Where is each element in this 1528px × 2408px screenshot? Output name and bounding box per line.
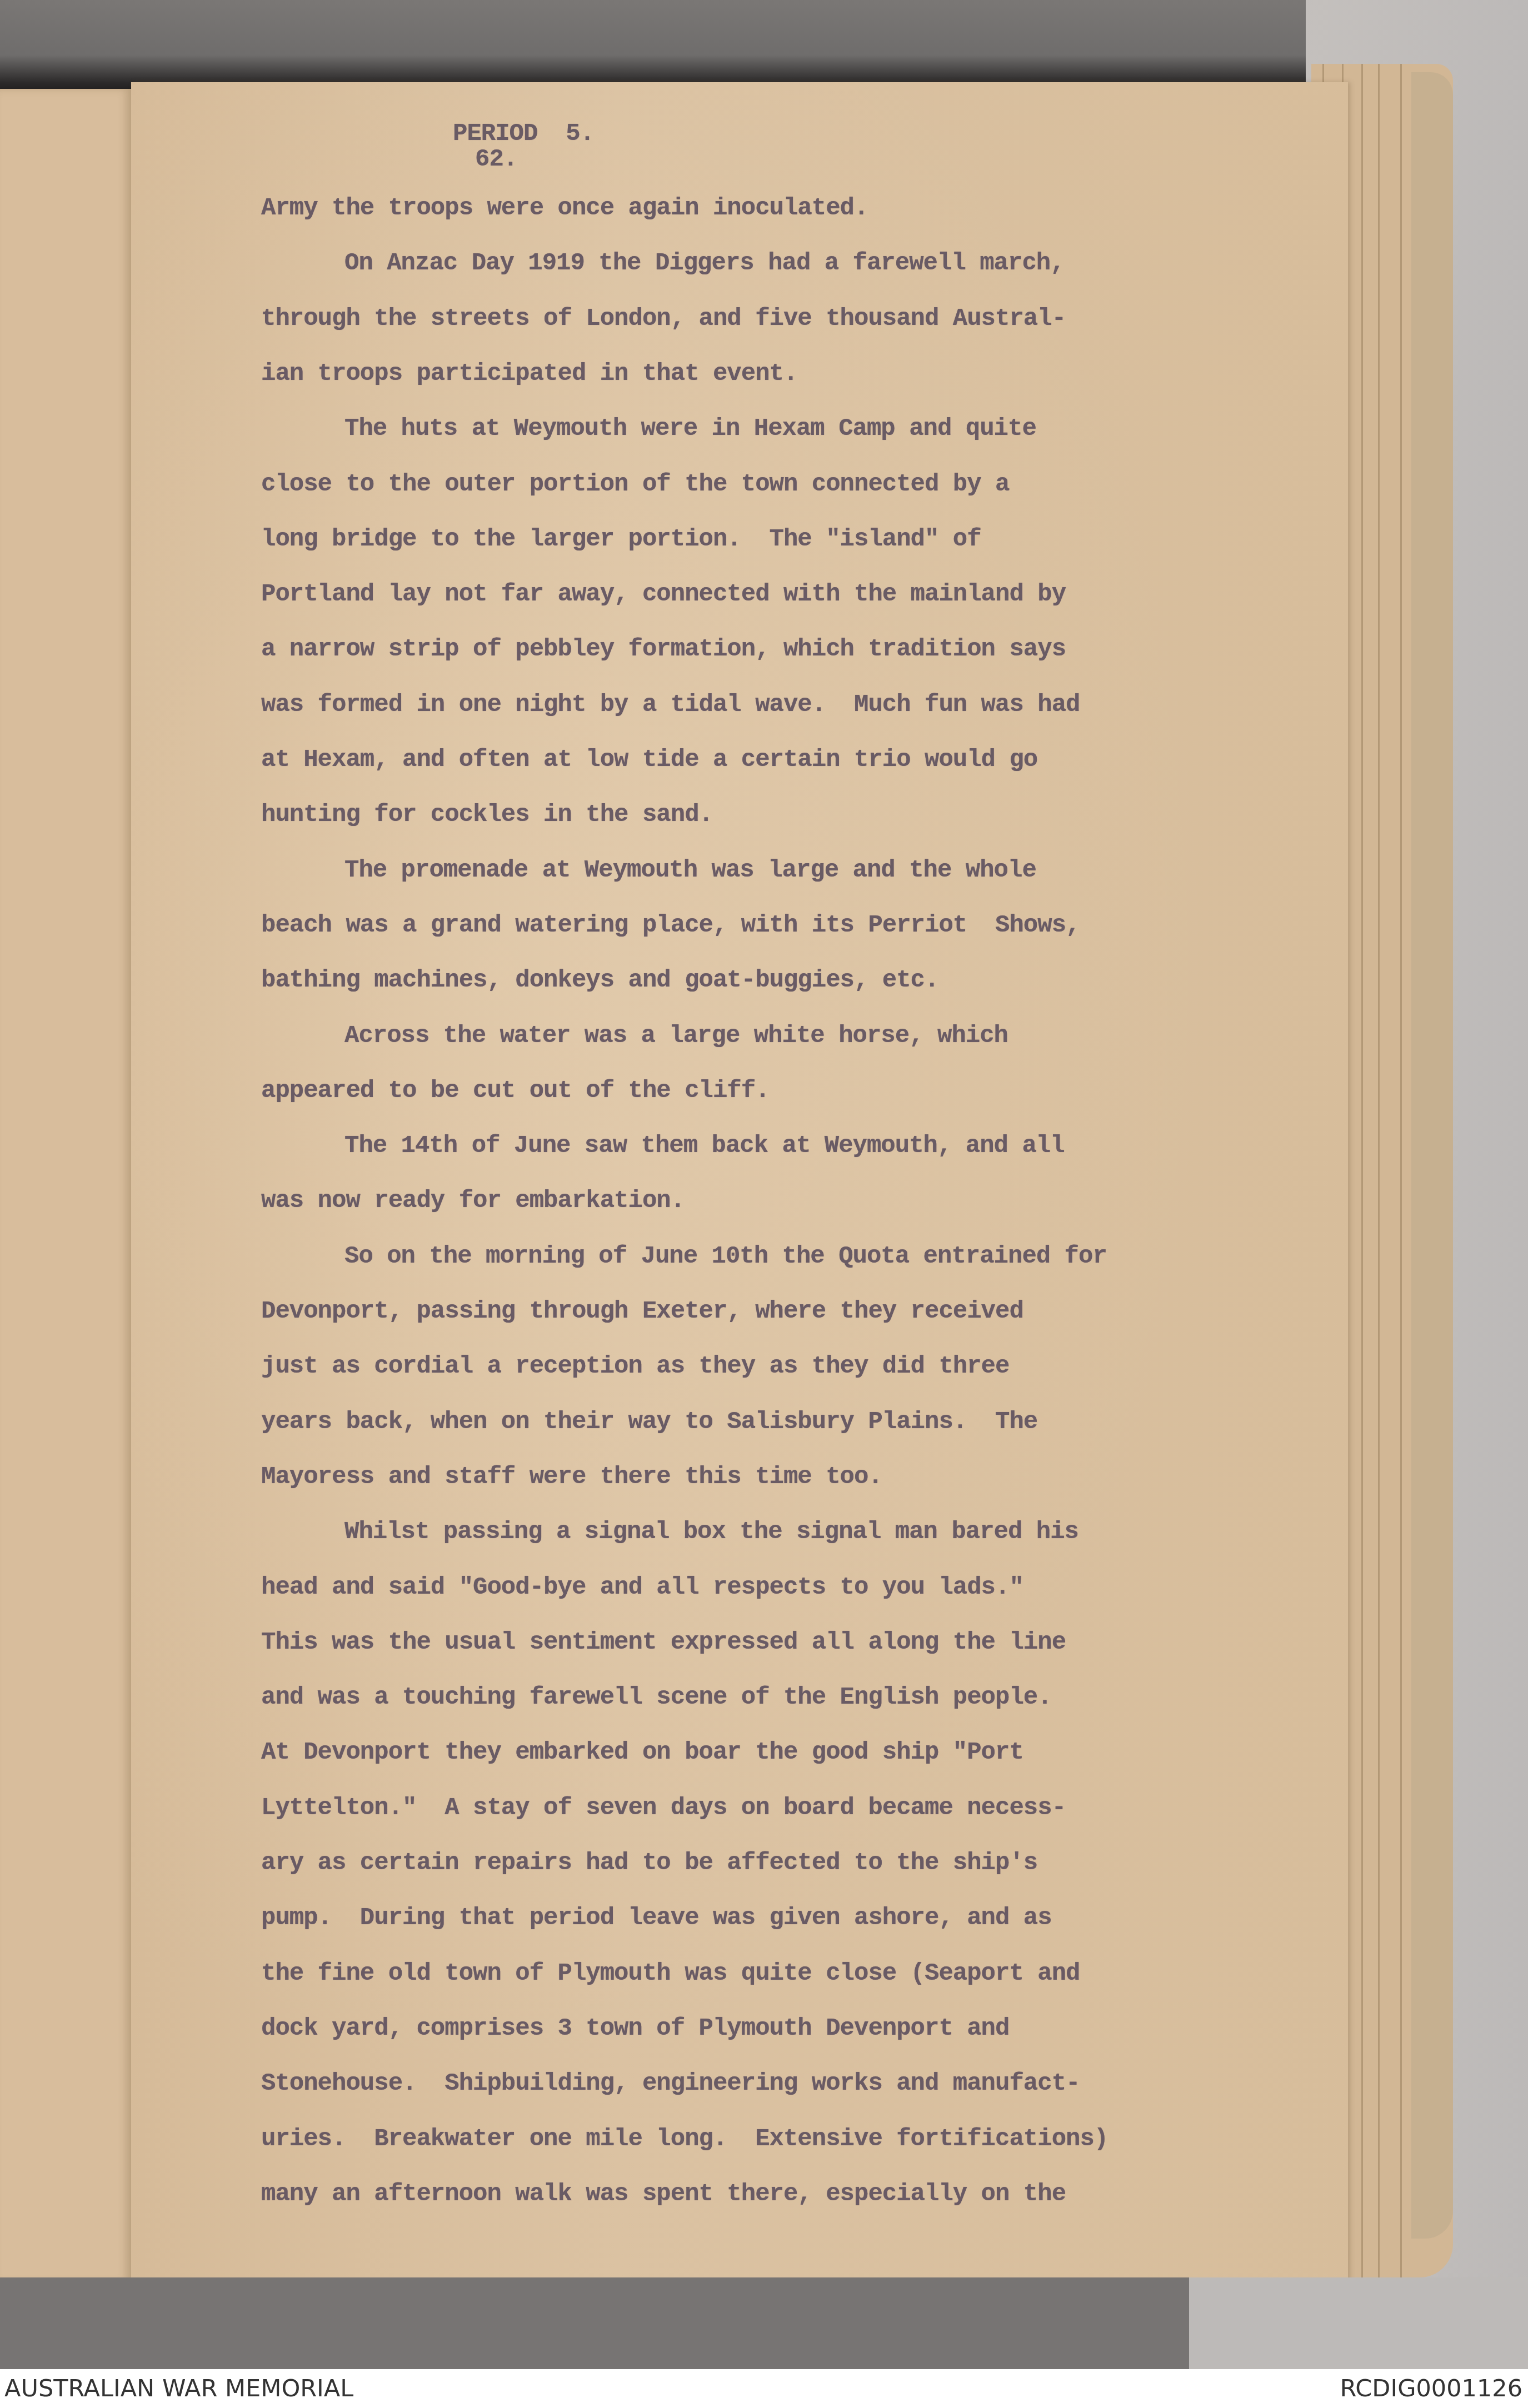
text-line: at Hexam, and often at low tide a certai…: [261, 746, 1037, 774]
scan-background-top: [0, 0, 1528, 92]
text-line: This was the usual sentiment expressed a…: [261, 1629, 1066, 1656]
text-line: beach was a grand watering place, with i…: [261, 912, 1080, 939]
page-edge-line: [1378, 64, 1380, 2277]
text-line: Across the water was a large white horse…: [344, 1022, 1008, 1050]
text-line: ian troops participated in that event.: [261, 360, 797, 388]
book-cover-edge: [1411, 72, 1453, 2239]
text-line: many an afternoon walk was spent there, …: [261, 2180, 1066, 2208]
text-line: pump. During that period leave was given…: [261, 1904, 1052, 1932]
page-edge-line: [1400, 64, 1402, 2277]
text-line: Mayoress and staff were there this time …: [261, 1463, 882, 1491]
page-number: 62.: [475, 146, 517, 173]
text-line: close to the outer portion of the town c…: [261, 470, 1009, 498]
text-line: At Devonport they embarked on boar the g…: [261, 1739, 1023, 1766]
text-line: years back, when on their way to Salisbu…: [261, 1408, 1037, 1436]
text-line: and was a touching farewell scene of the…: [261, 1684, 1052, 1711]
text-line: through the streets of London, and five …: [261, 305, 1066, 333]
text-line: On Anzac Day 1919 the Diggers had a fare…: [344, 249, 1065, 277]
institution-caption: AUSTRALIAN WAR MEMORIAL: [4, 2375, 353, 2402]
text-line: Whilst passing a signal box the signal m…: [344, 1518, 1078, 1546]
text-line: head and said "Good-bye and all respects…: [261, 1574, 1023, 1601]
text-line: appeared to be cut out of the cliff.: [261, 1077, 770, 1105]
text-line: Portland lay not far away, connected wit…: [261, 580, 1066, 608]
text-line: bathing machines, donkeys and goat-buggi…: [261, 967, 938, 994]
text-line: was now ready for embarkation.: [261, 1187, 685, 1215]
text-line: hunting for cockles in the sand.: [261, 801, 713, 829]
text-line: The huts at Weymouth were in Hexam Camp …: [344, 415, 1036, 443]
text-line: long bridge to the larger portion. The "…: [261, 525, 981, 553]
text-line: So on the morning of June 10th the Quota…: [344, 1243, 1107, 1270]
text-line: The 14th of June saw them back at Weymou…: [344, 1132, 1065, 1160]
text-line: Army the troops were once again inoculat…: [261, 194, 868, 222]
text-line: Stonehouse. Shipbuilding, engineering wo…: [261, 2070, 1080, 2097]
page-edge-line: [1361, 64, 1363, 2277]
text-line: ary as certain repairs had to be affecte…: [261, 1849, 1037, 1877]
text-line: a narrow strip of pebbley formation, whi…: [261, 635, 1066, 663]
text-line: just as cordial a reception as they as t…: [261, 1353, 1009, 1380]
text-line: the fine old town of Plymouth was quite …: [261, 1960, 1080, 1988]
scan-background-bottom-right: [1189, 2277, 1528, 2369]
left-facing-page: [0, 89, 133, 2283]
record-id-caption: RCDIG0001126: [1340, 2375, 1522, 2402]
text-line: uries. Breakwater one mile long. Extensi…: [261, 2125, 1108, 2153]
period-heading: PERIOD 5.: [453, 120, 594, 148]
text-line: dock yard, comprises 3 town of Plymouth …: [261, 2015, 1009, 2042]
text-line: The promenade at Weymouth was large and …: [344, 857, 1036, 884]
text-line: was formed in one night by a tidal wave.…: [261, 691, 1080, 719]
text-line: Lyttelton." A stay of seven days on boar…: [261, 1794, 1066, 1822]
text-line: Devonport, passing through Exeter, where…: [261, 1298, 1023, 1325]
